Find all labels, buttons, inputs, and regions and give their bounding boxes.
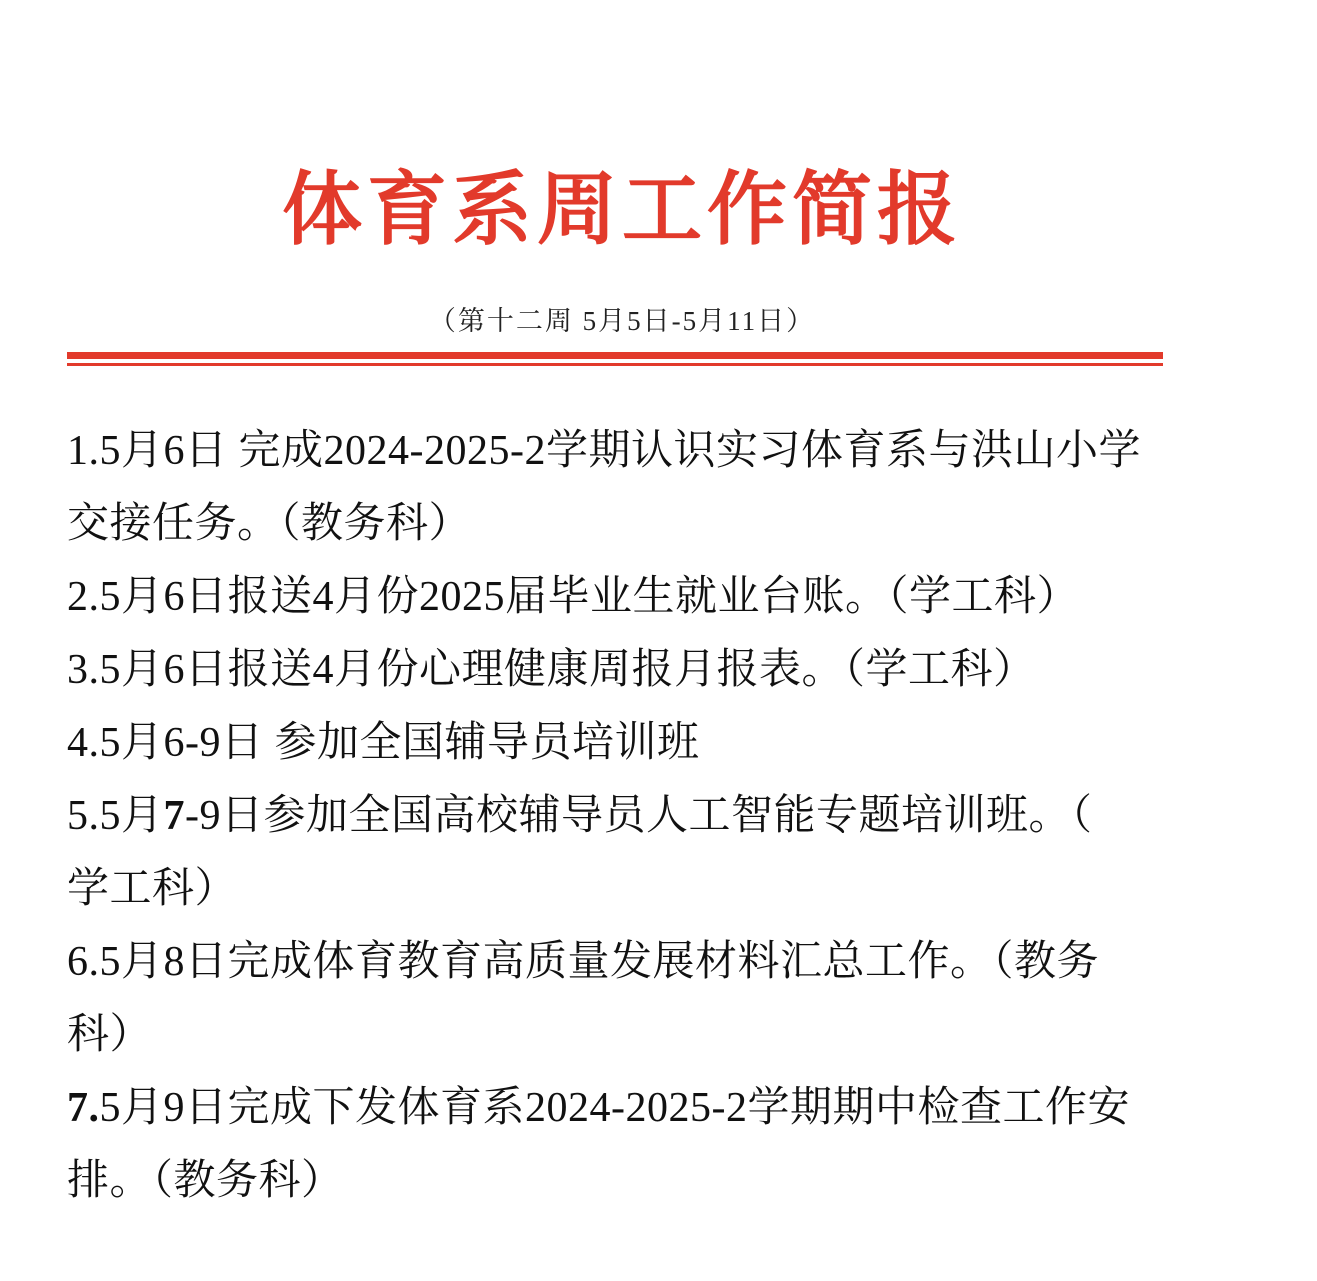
- line-text-bold: 7: [164, 793, 186, 839]
- report-line: 6.5月8日完成体育教育高质量发展材料汇总工作。（教务: [67, 926, 1177, 999]
- line-text: -9日参加全国高校辅导员人工智能专题培训班。（: [185, 793, 1093, 839]
- line-text: 2.5月6日报送4月份2025届毕业生就业台账。（学工科）: [67, 574, 1079, 620]
- line-text: 3.5月6日报送4月份心理健康周报月报表。（学工科）: [67, 647, 1036, 693]
- weekly-report-page: 体育系周工作简报 （第十二周 5月5日-5月11日） 1.5月6日 完成2024…: [0, 0, 1317, 1281]
- report-line: 7.5月9日完成下发体育系2024-2025-2学期期中检查工作安: [67, 1072, 1177, 1145]
- report-line: 交接任务。（教务科）: [67, 488, 1177, 561]
- report-line: 科）: [67, 999, 1177, 1072]
- report-line: 1.5月6日 完成2024-2025-2学期认识实习体育系与洪山小学: [67, 415, 1177, 488]
- divider-rule-thick: [67, 352, 1163, 359]
- document-title: 体育系周工作简报: [67, 163, 1177, 259]
- line-text: 交接任务。（教务科）: [67, 501, 471, 547]
- report-line: 5.5月7-9日参加全国高校辅导员人工智能专题培训班。（: [67, 780, 1177, 853]
- line-text: 5月9日完成下发体育系2024-2025-2学期期中检查工作安: [100, 1085, 1130, 1131]
- line-text: 科）: [67, 1012, 152, 1058]
- line-text-bold: 7.: [67, 1085, 100, 1131]
- report-line: 学工科）: [67, 853, 1177, 926]
- document-subtitle: （第十二周 5月5日-5月11日）: [67, 301, 1177, 341]
- divider-rule-thin: [67, 363, 1163, 366]
- report-line: 排。（教务科）: [67, 1145, 1177, 1218]
- line-text: 学工科）: [67, 866, 237, 912]
- line-text: 1.5月6日 完成2024-2025-2学期认识实习体育系与洪山小学: [67, 428, 1141, 474]
- report-line: 4.5月6-9日 参加全国辅导员培训班: [67, 707, 1177, 780]
- report-line: 2.5月6日报送4月份2025届毕业生就业台账。（学工科）: [67, 561, 1177, 634]
- report-body: 1.5月6日 完成2024-2025-2学期认识实习体育系与洪山小学 交接任务。…: [67, 415, 1177, 1218]
- line-text: 5.5月: [67, 793, 164, 839]
- line-text: 排。（教务科）: [67, 1158, 344, 1204]
- line-text: 4.5月6-9日 参加全国辅导员培训班: [67, 720, 700, 766]
- line-text: 6.5月8日完成体育教育高质量发展材料汇总工作。（教务: [67, 939, 1099, 985]
- report-line: 3.5月6日报送4月份心理健康周报月报表。（学工科）: [67, 634, 1177, 707]
